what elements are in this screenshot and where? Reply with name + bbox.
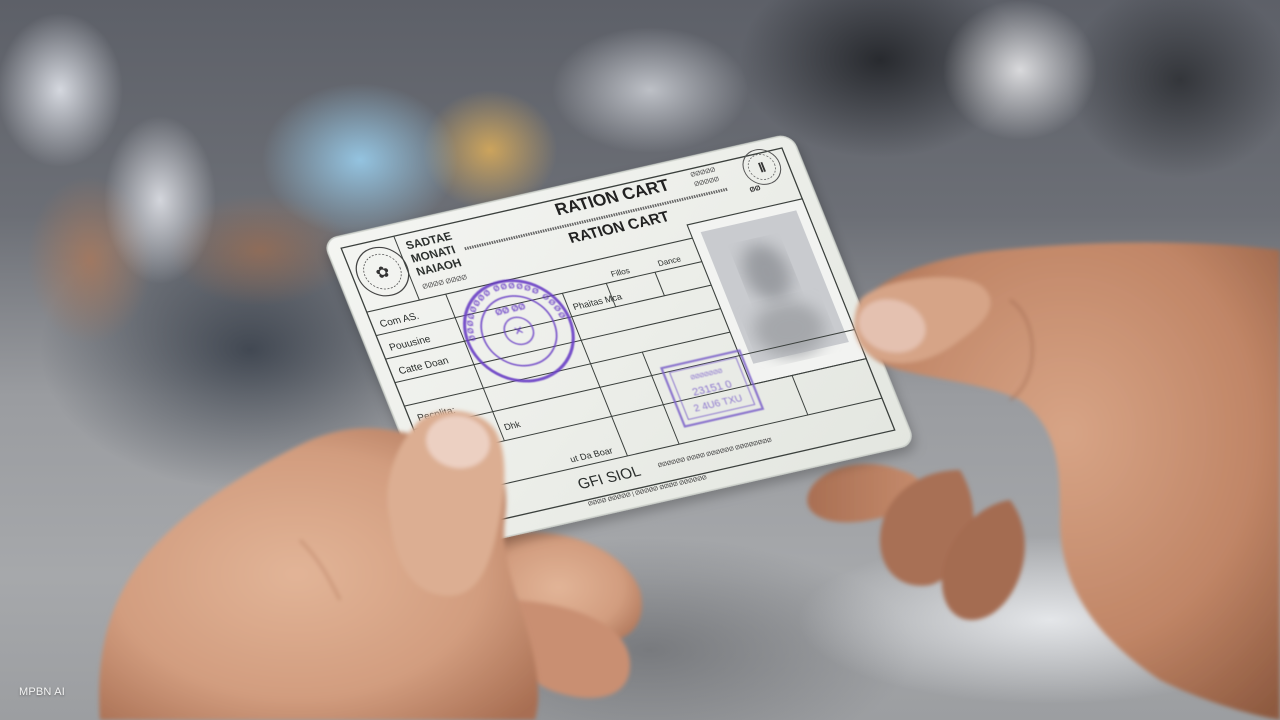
watermark-label: MPBN AI	[19, 686, 65, 698]
right-hand	[852, 243, 1280, 720]
left-hand	[99, 411, 538, 720]
photo-scene: ✿ SADTAE MONATI NAIAOH ØØØØ ØØØØ RATION …	[0, 0, 1280, 720]
hands-front	[0, 0, 1280, 720]
